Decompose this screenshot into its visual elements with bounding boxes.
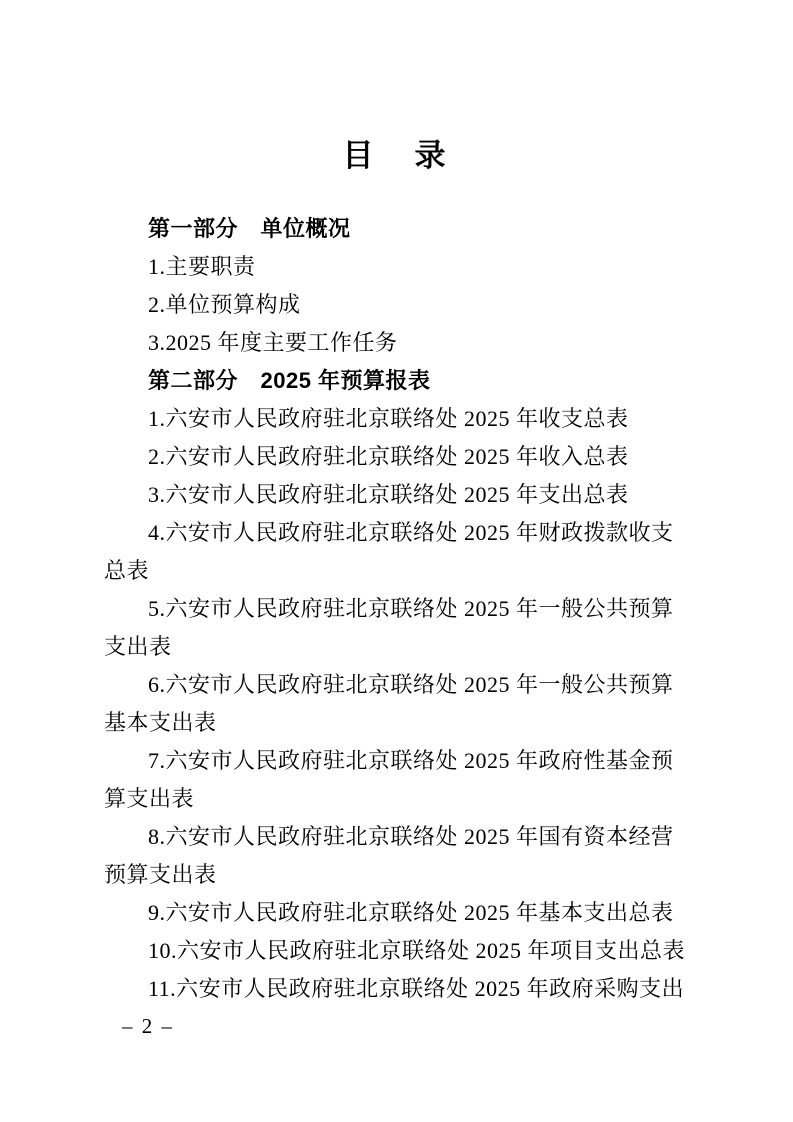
toc-item-continuation: 基本支出表 (104, 704, 718, 742)
toc-item: 2.六安市人民政府驻北京联络处 2025 年收入总表 (104, 438, 718, 476)
toc-item: 11.六安市人民政府驻北京联络处 2025 年政府采购支出 (104, 970, 718, 1008)
toc-item-continuation: 总表 (104, 552, 718, 590)
toc-item-continuation: 预算支出表 (104, 856, 718, 894)
document-page: 目 录 第一部分 单位概况 1.主要职责 2.单位预算构成 3.2025 年度主… (0, 0, 793, 1122)
toc-item: 6.六安市人民政府驻北京联络处 2025 年一般公共预算 (104, 666, 718, 704)
toc-item: 9.六安市人民政府驻北京联络处 2025 年基本支出总表 (104, 894, 718, 932)
toc-item: 10.六安市人民政府驻北京联络处 2025 年项目支出总表 (104, 932, 718, 970)
toc-item: 1.主要职责 (104, 248, 718, 286)
toc-item: 4.六安市人民政府驻北京联络处 2025 年财政拨款收支 (104, 514, 718, 552)
toc-item: 5.六安市人民政府驻北京联络处 2025 年一般公共预算 (104, 590, 718, 628)
toc-item-continuation: 支出表 (104, 628, 718, 666)
toc-item: 1.六安市人民政府驻北京联络处 2025 年收支总表 (104, 400, 718, 438)
toc-item: 2.单位预算构成 (104, 286, 718, 324)
toc-item-continuation: 算支出表 (104, 780, 718, 818)
toc-item: 8.六安市人民政府驻北京联络处 2025 年国有资本经营 (104, 818, 718, 856)
table-of-contents: 第一部分 单位概况 1.主要职责 2.单位预算构成 3.2025 年度主要工作任… (104, 210, 718, 1008)
toc-item: 3.六安市人民政府驻北京联络处 2025 年支出总表 (104, 476, 718, 514)
toc-item: 3.2025 年度主要工作任务 (104, 324, 718, 362)
page-number: – 2 – (122, 1014, 174, 1039)
page-title: 目 录 (0, 130, 793, 175)
toc-section-heading: 第一部分 单位概况 (104, 210, 718, 248)
toc-section-heading: 第二部分 2025 年预算报表 (104, 362, 718, 400)
toc-item: 7.六安市人民政府驻北京联络处 2025 年政府性基金预 (104, 742, 718, 780)
